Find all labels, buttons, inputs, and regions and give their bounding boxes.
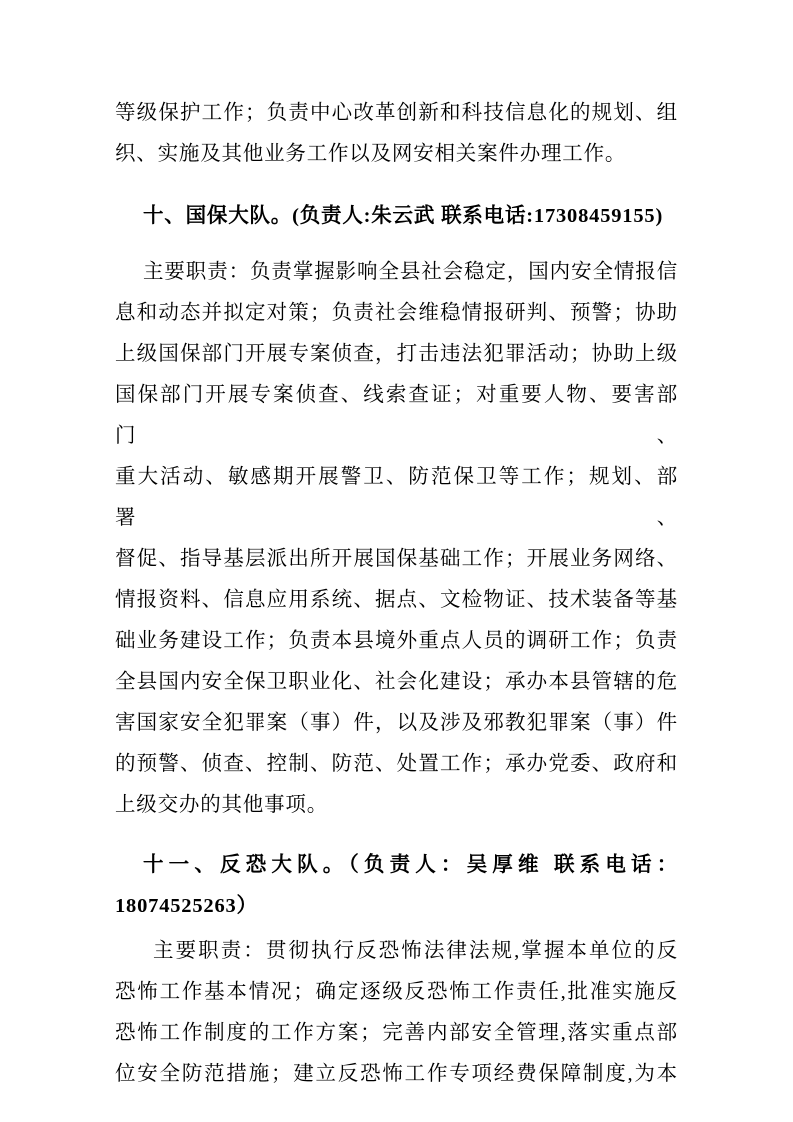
text-line: 督促、指导基层派出所开展国保基础工作；开展业务网络、 [115,539,678,580]
text-line: 息和动态并拟定对策；负责社会维稳情报研判、预警；协助 [115,293,678,334]
text-line: 害国家安全犯罪案（事）件，以及涉及邪教犯罪案（事）件 [115,703,678,744]
text-line: 等级保护工作；负责中心改革创新和科技信息化的规划、组 [115,93,678,134]
text-line: 情报资料、信息应用系统、据点、文检物证、技术装备等基 [115,580,678,621]
text-line: 位安全防范措施；建立反恐怖工作专项经费保障制度,为本 [115,1054,678,1095]
text-line: 上级国保部门开展专案侦查，打击违法犯罪活动；协助上级 [115,334,678,375]
text-line: 织、实施及其他业务工作以及网安相关案件办理工作。 [115,134,678,175]
heading-line: 十、国保大队。(负责人:朱云武 联系电话:17308459155) [115,196,678,237]
heading-line: 18074525263） [115,886,678,927]
section-10-duties-paragraph: 主要职责：负责掌握影响全县社会稳定，国内安全情报信 息和动态并拟定对策；负责社会… [115,252,678,826]
text-line: 上级交办的其他事项。 [115,785,678,826]
text-line: 主要职责：负责掌握影响全县社会稳定，国内安全情报信 [115,252,678,293]
text-line: 重大活动、敏感期开展警卫、防范保卫等工作；规划、部署、 [115,457,678,539]
document-page: 等级保护工作；负责中心改革创新和科技信息化的规划、组 织、实施及其他业务工作以及… [0,0,793,1122]
heading-line: 十一、反恐大队。（负责人：吴厚维 联系电话： [115,845,678,886]
paragraph-continuation: 等级保护工作；负责中心改革创新和科技信息化的规划、组 织、实施及其他业务工作以及… [115,93,678,175]
section-11-duties-paragraph: 主要职责：贯彻执行反恐怖法律法规,掌握本单位的反 恐怖工作基本情况；确定逐级反恐… [115,931,678,1095]
section-heading-11: 十一、反恐大队。（负责人：吴厚维 联系电话： 18074525263） [115,845,678,927]
text-line: 主要职责：贯彻执行反恐怖法律法规,掌握本单位的反 [115,931,678,972]
text-line: 的预警、侦查、控制、防范、处置工作；承办党委、政府和 [115,744,678,785]
section-heading-10: 十、国保大队。(负责人:朱云武 联系电话:17308459155) [115,196,678,237]
text-line: 国保部门开展专案侦查、线索查证；对重要人物、要害部门、 [115,375,678,457]
text-line: 恐怖工作制度的工作方案；完善内部安全管理,落实重点部 [115,1013,678,1054]
text-line: 础业务建设工作；负责本县境外重点人员的调研工作；负责 [115,621,678,662]
text-line: 恐怖工作基本情况；确定逐级反恐怖工作责任,批准实施反 [115,972,678,1013]
text-line: 全县国内安全保卫职业化、社会化建设；承办本县管辖的危 [115,662,678,703]
